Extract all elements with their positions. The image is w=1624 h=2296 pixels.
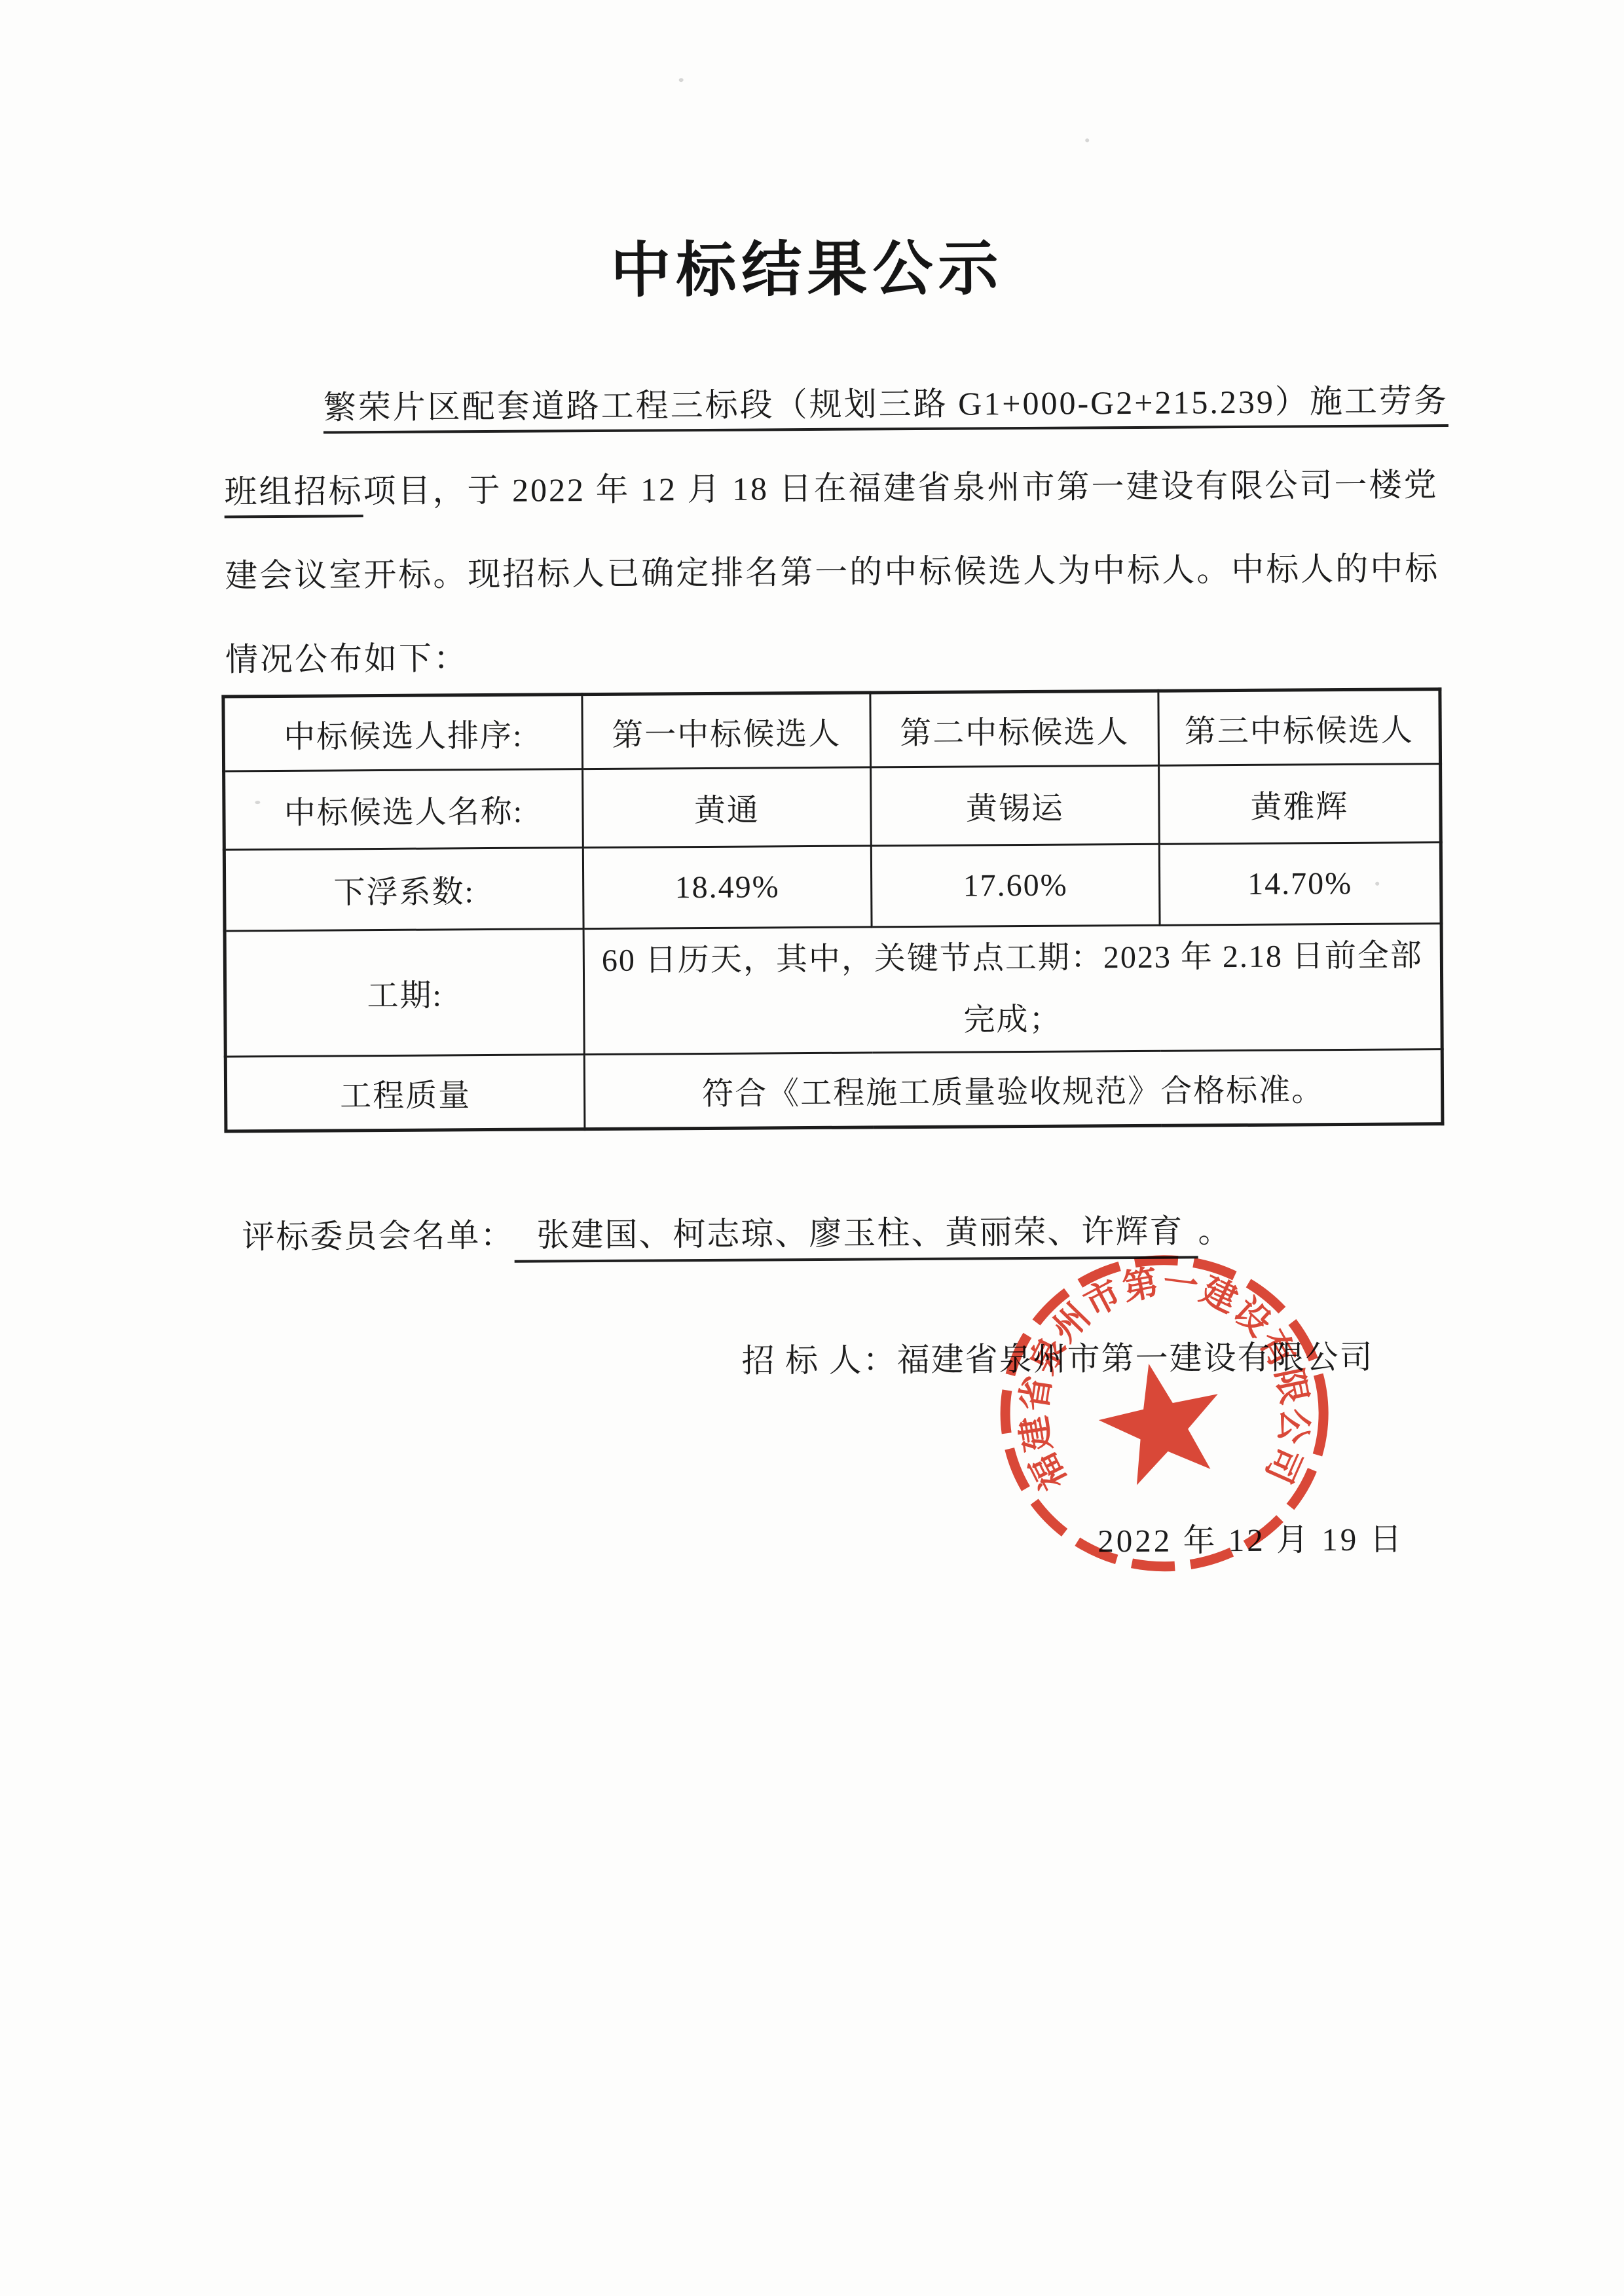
table-row-quality: 工程质量 符合《工程施工质量验收规范》合格标准。 xyxy=(225,1049,1443,1131)
row-label-duration: 工期: xyxy=(225,929,584,1057)
tenderer-label: 招 标 人： xyxy=(741,1341,896,1379)
intro-line-3: 建会议室开标。现招标人已确定排名第一的中标候选人为中标人。中标人的中标 xyxy=(225,542,1439,596)
committee-label: 评标委员会名单： xyxy=(242,1217,514,1256)
cell-duration: 60 日历天，其中，关键节点工期：2023 年 2.18 日前全部 完成； xyxy=(583,924,1442,1055)
seal-star-icon xyxy=(1089,1351,1233,1490)
row-label-name: 中标候选人名称: xyxy=(224,769,583,850)
scan-speck xyxy=(1085,138,1089,142)
page-title: 中标结果公示 xyxy=(0,216,1619,312)
row-label-quality: 工程质量 xyxy=(225,1055,585,1131)
document-page: 中标结果公示 繁荣片区配套道路工程三标段（规划三路 G1+000-G2+215.… xyxy=(0,0,1624,2296)
cell-rank-3: 第三中标候选人 xyxy=(1158,689,1441,766)
row-label-rank: 中标候选人排序: xyxy=(223,695,583,771)
intro-line-2-rest: 项目，于 2022 年 12 月 18 日在福建省泉州市第一建设有限公司一楼党 xyxy=(363,466,1438,509)
intro-line-1-text: 繁荣片区配套道路工程三标段（规划三路 G1+000-G2+215.239）施工劳… xyxy=(323,382,1449,433)
intro-line-1: 繁荣片区配套道路工程三标段（规划三路 G1+000-G2+215.239）施工劳… xyxy=(323,374,1449,428)
scan-speck xyxy=(1375,882,1379,886)
table-row-duration: 工期: 60 日历天，其中，关键节点工期：2023 年 2.18 日前全部 完成… xyxy=(225,924,1442,1057)
duration-line-1: 60 日历天，其中，关键节点工期：2023 年 2.18 日前全部 xyxy=(585,925,1441,992)
bid-result-table: 中标候选人排序: 第一中标候选人 第二中标候选人 第三中标候选人 中标候选人名称… xyxy=(221,687,1444,1133)
intro-line-2-underlined: 班组招标 xyxy=(224,473,363,518)
cell-name-3: 黄雅辉 xyxy=(1159,764,1441,845)
cell-coeff-1: 18.49% xyxy=(583,846,872,929)
document-content: 中标结果公示 繁荣片区配套道路工程三标段（规划三路 G1+000-G2+215.… xyxy=(0,0,1624,2296)
cell-rank-1: 第一中标候选人 xyxy=(582,693,871,769)
cell-coeff-2: 17.60% xyxy=(871,844,1160,927)
cell-coeff-3: 14.70% xyxy=(1159,843,1441,926)
duration-line-2: 完成； xyxy=(585,987,1441,1053)
cell-quality: 符合《工程施工质量验收规范》合格标准。 xyxy=(584,1049,1443,1129)
intro-line-2: 班组招标项目，于 2022 年 12 月 18 日在福建省泉州市第一建设有限公司… xyxy=(224,458,1438,513)
scan-speck xyxy=(679,78,684,82)
company-seal: 福建省泉州市第一建设有限公司 xyxy=(975,1229,1357,1602)
cell-name-2: 黄锡运 xyxy=(871,765,1160,846)
intro-line-4: 情况公布如下： xyxy=(225,632,468,680)
cell-rank-2: 第二中标候选人 xyxy=(870,691,1159,767)
scan-speck xyxy=(255,801,260,804)
row-label-coefficient: 下浮系数: xyxy=(224,848,583,931)
table-row-rank: 中标候选人排序: 第一中标候选人 第二中标候选人 第三中标候选人 xyxy=(223,689,1441,771)
cell-name-1: 黄通 xyxy=(583,767,872,848)
table-row-coefficient: 下浮系数: 18.49% 17.60% 14.70% xyxy=(224,843,1441,931)
table-row-name: 中标候选人名称: 黄通 黄锡运 黄雅辉 xyxy=(224,764,1441,850)
